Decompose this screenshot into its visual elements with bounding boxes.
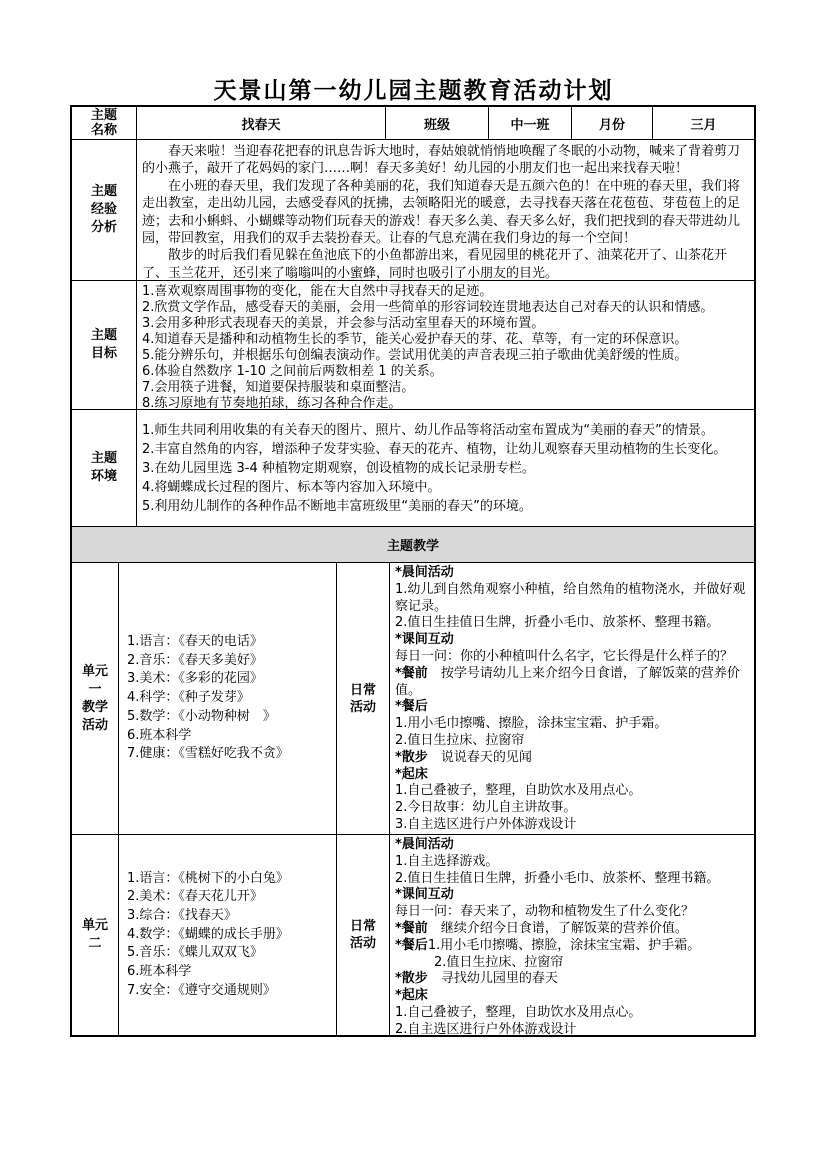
goal-item: 1.喜欢观察周围事物的变化，能在大自然中寻找春天的足迹。 — [142, 284, 749, 300]
unit1-subject: 3.美术：《多彩的花园》 — [127, 670, 336, 689]
unit2-subjects: 1.语言：《桃树下的小白兔》2.美术：《春天花儿开》3.综合：《找春天》4.数学… — [119, 835, 337, 1035]
goal-item: 3.会用多种形式表现春天的美景，并会参与活动室里春天的环境布置。 — [142, 316, 749, 332]
unit1-subject: 2.音乐：《春天多美好》 — [127, 652, 336, 671]
daily-line: *晨间活动 — [395, 837, 750, 854]
daily-line: *晨间活动 — [395, 565, 750, 582]
theme-name-label: 主题 名称 — [72, 107, 137, 139]
plan-table: 主题 名称 找春天 班级 中一班 月份 三月 主题 经验 分析 春天来啦！当迎春… — [70, 105, 756, 1037]
environment-item: 4.将蝴蝶成长过程的图片、标本等内容加入环境中。 — [142, 478, 749, 497]
daily-line: 3.自主选区进行户外体游戏设计 — [395, 817, 750, 834]
unit1-subject: 1.语言：《春天的电话》 — [127, 633, 336, 652]
environment-item: 3.在幼儿园里选 3-4 种植物定期观察，创设植物的成长记录册专栏。 — [142, 459, 749, 478]
month-label: 月份 — [572, 107, 653, 139]
unit2-daily-label: 日常 活动 — [337, 835, 390, 1035]
goals-row: 主题 目标 1.喜欢观察周围事物的变化，能在大自然中寻找春天的足迹。2.欣赏文学… — [72, 281, 754, 410]
daily-line: 每日一问：你的小种植叫什么名字，它长得是什么样子的？ — [395, 649, 750, 666]
daily-line: 2.今日故事：幼儿自主讲故事。 — [395, 800, 750, 817]
daily-line: 1.用小毛巾擦嘴、擦脸，涂抹宝宝霜、护手霜。 — [395, 716, 750, 733]
document-title: 天景山第一幼儿园主题教育活动计划 — [0, 72, 827, 105]
daily-line: 2.自主选区进行户外体游戏设计 — [395, 1022, 750, 1035]
unit1-subject: 5.数学：《小动物种树 》 — [127, 708, 336, 727]
goals-label: 主题 目标 — [72, 281, 137, 409]
environment-item: 2.丰富自然角的内容，增添种子发芽实验、春天的花卉、植物，让幼儿观察春天里动植物… — [142, 440, 749, 459]
daily-line: *餐前 继续介绍今日食谱，了解饭菜的营养价值。 — [395, 921, 750, 938]
environment-list: 1.师生共同利用收集的有关春天的图片、照片、幼儿作品等将活动室布置成为“美丽的春… — [137, 410, 754, 526]
unit1-subject: 6.班本科学 — [127, 727, 336, 746]
unit1-subject: 4.科学：《种子发芽》 — [127, 689, 336, 708]
daily-line: 2.值日生挂值日生牌，折叠小毛巾、放茶杯、整理书籍。 — [395, 871, 750, 888]
document-page: 天景山第一幼儿园主题教育活动计划 主题 名称 找春天 班级 中一班 月份 三月 … — [0, 0, 827, 1170]
daily-line: 1.自主选择游戏。 — [395, 854, 750, 871]
theme-name-value: 找春天 — [137, 107, 386, 139]
unit1-daily-label: 日常 活动 — [337, 563, 390, 834]
experience-label: 主题 经验 分析 — [72, 140, 137, 280]
daily-line: *课间互动 — [395, 632, 750, 649]
daily-line: *起床 — [395, 988, 750, 1005]
daily-line: *起床 — [395, 767, 750, 784]
unit1-subjects: 1.语言：《春天的电话》2.音乐：《春天多美好》3.美术：《多彩的花园》4.科学… — [119, 563, 337, 834]
goal-item: 2.欣赏文学作品，感受春天的美丽，会用一些简单的形容词较连贯地表达自己对春天的认… — [142, 300, 749, 316]
daily-line: *餐前 按学号请幼儿上来介绍今日食谱，了解饭菜的营养价值。 — [395, 666, 750, 700]
experience-row: 主题 经验 分析 春天来啦！当迎春花把春的讯息告诉大地时，春姑娘就悄悄地唤醒了冬… — [72, 140, 754, 281]
environment-row: 主题 环境 1.师生共同利用收集的有关春天的图片、照片、幼儿作品等将活动室布置成… — [72, 410, 754, 527]
daily-line: *课间互动 — [395, 887, 750, 904]
experience-text: 春天来啦！当迎春花把春的讯息告诉大地时，春姑娘就悄悄地唤醒了冬眠的小动物，喊来了… — [137, 140, 754, 280]
class-label: 班级 — [386, 107, 489, 139]
daily-line: *餐后 — [395, 699, 750, 716]
unit1-daily-detail: *晨间活动1.幼儿到自然角观察小种植，给自然角的植物浇水，并做好观察记录。2.值… — [390, 563, 754, 834]
table-header-row: 主题 名称 找春天 班级 中一班 月份 三月 — [72, 107, 754, 140]
month-value: 三月 — [653, 107, 754, 139]
experience-paragraph: 散步的时后我们看见躲在鱼池底下的小鱼都游出来，看见园里的桃花开了、油菜花开了、山… — [142, 247, 749, 280]
goal-item: 4.知道春天是播种和动植物生长的季节，能关心爱护春天的芽、花、草等，有一定的环保… — [142, 332, 749, 348]
daily-line: 1.自己叠被子，整理，自助饮水及用点心。 — [395, 1005, 750, 1022]
unit2-subject: 1.语言：《桃树下的小白兔》 — [127, 870, 336, 889]
unit2-subject: 3.综合：《找春天》 — [127, 907, 336, 926]
goal-item: 8.练习原地有节奏地拍球，练习各种合作走。 — [142, 396, 749, 409]
unit1-subject: 7.健康：《雪糕好吃我不贪》 — [127, 745, 336, 764]
unit2-subject: 2.美术：《春天花儿开》 — [127, 888, 336, 907]
class-value: 中一班 — [489, 107, 572, 139]
experience-paragraph: 春天来啦！当迎春花把春的讯息告诉大地时，春姑娘就悄悄地唤醒了冬眠的小动物，喊来了… — [142, 143, 749, 178]
unit1-label: 单元 一 教学 活动 — [72, 563, 119, 834]
experience-paragraph: 在小班的春天里，我们发现了各种美丽的花，我们知道春天是五颜六色的！在中班的春天里… — [142, 178, 749, 248]
daily-line: 2.值日生拉床、拉窗帘 — [395, 733, 750, 750]
goal-item: 7.会用筷子进餐，知道要保持服装和桌面整洁。 — [142, 380, 749, 396]
unit2-subject: 7.安全：《遵守交通规则》 — [127, 982, 336, 1001]
unit2-subject: 6.班本科学 — [127, 963, 336, 982]
environment-label: 主题 环境 — [72, 410, 137, 526]
daily-line: *餐后1.用小毛巾擦嘴、擦脸，涂抹宝宝霜、护手霜。 — [395, 938, 750, 955]
teaching-band-row: 主题教学 — [72, 527, 754, 563]
daily-line: 每日一问：春天来了，动物和植物发生了什么变化？ — [395, 904, 750, 921]
unit2-label: 单元 二 — [72, 835, 119, 1035]
environment-item: 1.师生共同利用收集的有关春天的图片、照片、幼儿作品等将活动室布置成为“美丽的春… — [142, 421, 749, 440]
daily-line: 1.自己叠被子，整理，自助饮水及用点心。 — [395, 783, 750, 800]
unit2-row: 单元 二 1.语言：《桃树下的小白兔》2.美术：《春天花儿开》3.综合：《找春天… — [72, 835, 754, 1035]
daily-line: 1.幼儿到自然角观察小种植，给自然角的植物浇水，并做好观察记录。 — [395, 582, 750, 616]
unit1-row: 单元 一 教学 活动 1.语言：《春天的电话》2.音乐：《春天多美好》3.美术：… — [72, 563, 754, 835]
daily-line: 2.值日生拉床、拉窗帘 — [395, 955, 750, 972]
goals-list: 1.喜欢观察周围事物的变化，能在大自然中寻找春天的足迹。2.欣赏文学作品，感受春… — [137, 281, 754, 409]
daily-line: *散步 说说春天的见闻 — [395, 750, 750, 767]
daily-line: *散步 寻找幼儿园里的春天 — [395, 971, 750, 988]
teaching-band-title: 主题教学 — [72, 527, 754, 562]
goal-item: 6.体验自然数序 1-10 之间前后两数相差 1 的关系。 — [142, 364, 749, 380]
environment-item: 5.利用幼儿制作的各种作品不断地丰富班级里“美丽的春天”的环境。 — [142, 497, 749, 516]
daily-line: 2.值日生挂值日生牌，折叠小毛巾、放茶杯、整理书籍。 — [395, 615, 750, 632]
unit2-subject: 5.音乐：《蝶儿双双飞》 — [127, 944, 336, 963]
unit2-subject: 4.数学：《蝴蝶的成长手册》 — [127, 926, 336, 945]
unit2-daily-detail: *晨间活动1.自主选择游戏。2.值日生挂值日生牌，折叠小毛巾、放茶杯、整理书籍。… — [390, 835, 754, 1035]
goal-item: 5.能分辨乐句，并根据乐句创编表演动作。尝试用优美的声音表现三拍子歌曲优美舒缓的… — [142, 348, 749, 364]
